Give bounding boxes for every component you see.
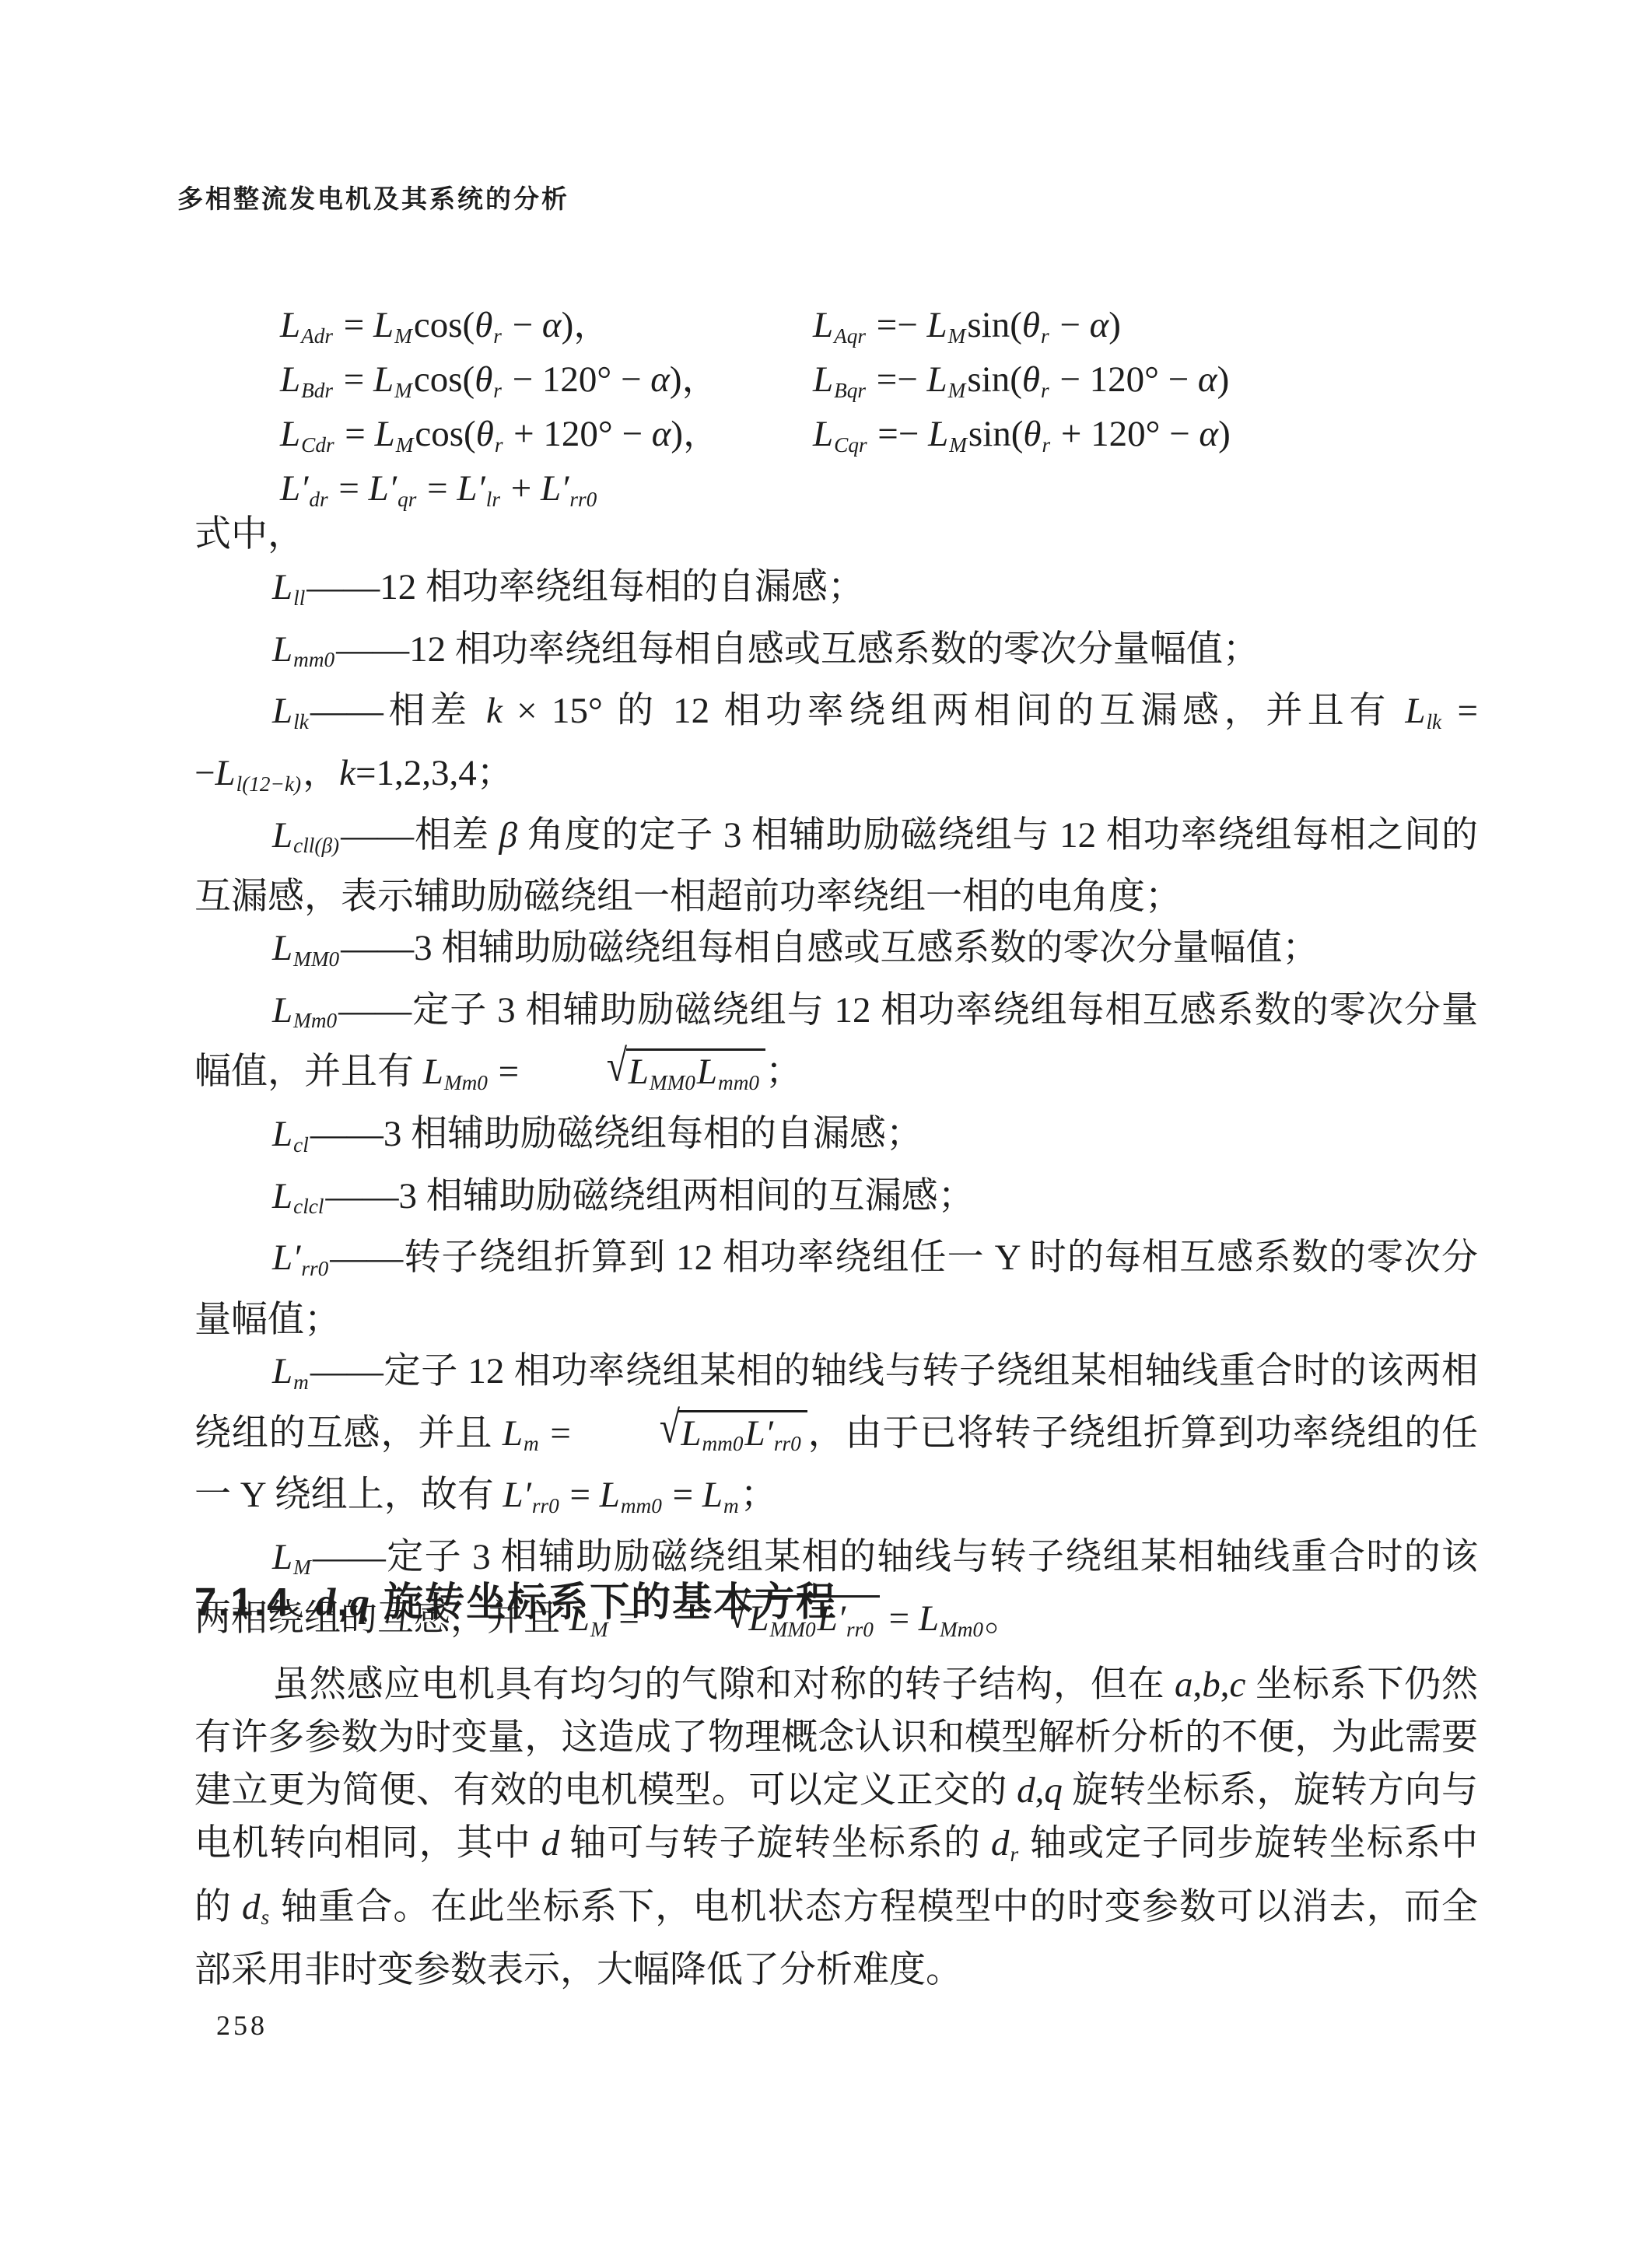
definition-item: L′rr0——转子绕组折算到 12 相功率绕组任一 Y 时的每相互感系数的零次分…: [194, 1232, 1478, 1346]
definition-item: Llk——相差 k × 15° 的 12 相功率绕组两相间的互漏感，并且有 Ll…: [194, 685, 1478, 809]
equation-row: LBdr = LMcos(θr − 120° − α)， LBqr =− LMs…: [194, 352, 1478, 407]
equation-block: LAdr = LMcos(θr − α)， LAqr =− LMsin(θr −…: [194, 298, 1478, 516]
equation-left: L′dr = L′qr = L′lr + L′rr0: [280, 461, 598, 527]
equation-row: LCdr = LMcos(θr + 120° − α)， LCqr =− LMs…: [194, 407, 1478, 461]
definition-item: Lmm0——12 相功率绕组每相自感或互感系数的零次分量幅值；: [194, 624, 1478, 686]
equation-row: LAdr = LMcos(θr − α)， LAqr =− LMsin(θr −…: [194, 298, 1478, 352]
definition-item: Lcll(β)——相差 β 角度的定子 3 相辅助励磁绕组与 12 相功率绕组每…: [194, 810, 1478, 923]
running-head: 多相整流发电机及其系统的分析: [177, 179, 569, 215]
definition-item: Lll——12 相功率绕组每相的自漏感；: [194, 562, 1478, 624]
definition-item: Lclcl——3 相辅助励磁绕组两相间的互漏感；: [194, 1171, 1478, 1233]
page-number: 258: [216, 2009, 268, 2042]
equation-row: L′dr = L′qr = L′lr + L′rr0: [194, 461, 1478, 516]
book-page: 多相整流发电机及其系统的分析 LAdr = LMcos(θr − α)， LAq…: [0, 0, 1625, 2268]
where-label: 式中，: [194, 507, 304, 562]
definition-item: Lcl——3 相辅助励磁绕组每相的自漏感；: [194, 1108, 1478, 1171]
definition-item: LMm0——定子 3 相辅助励磁绕组与 12 相功率绕组每相互感系数的零次分量幅…: [194, 985, 1478, 1108]
definition-item: LMM0——3 相辅助励磁绕组每相自感或互感系数的零次分量幅值；: [194, 922, 1478, 985]
body-paragraph: 虽然感应电机具有均匀的气隙和对称的转子结构，但在 a,b,c 坐标系下仍然有许多…: [194, 1658, 1478, 1997]
definition-list: Lll——12 相功率绕组每相的自漏感； Lmm0——12 相功率绕组每相自感或…: [194, 562, 1478, 1655]
definition-item: Lm——定子 12 相功率绕组某相的轴线与转子绕组某相轴线重合时的该两相绕组的互…: [194, 1346, 1478, 1531]
section-heading: 7.1.4 d,q 旋转坐标系下的基本方程: [194, 1579, 837, 1626]
